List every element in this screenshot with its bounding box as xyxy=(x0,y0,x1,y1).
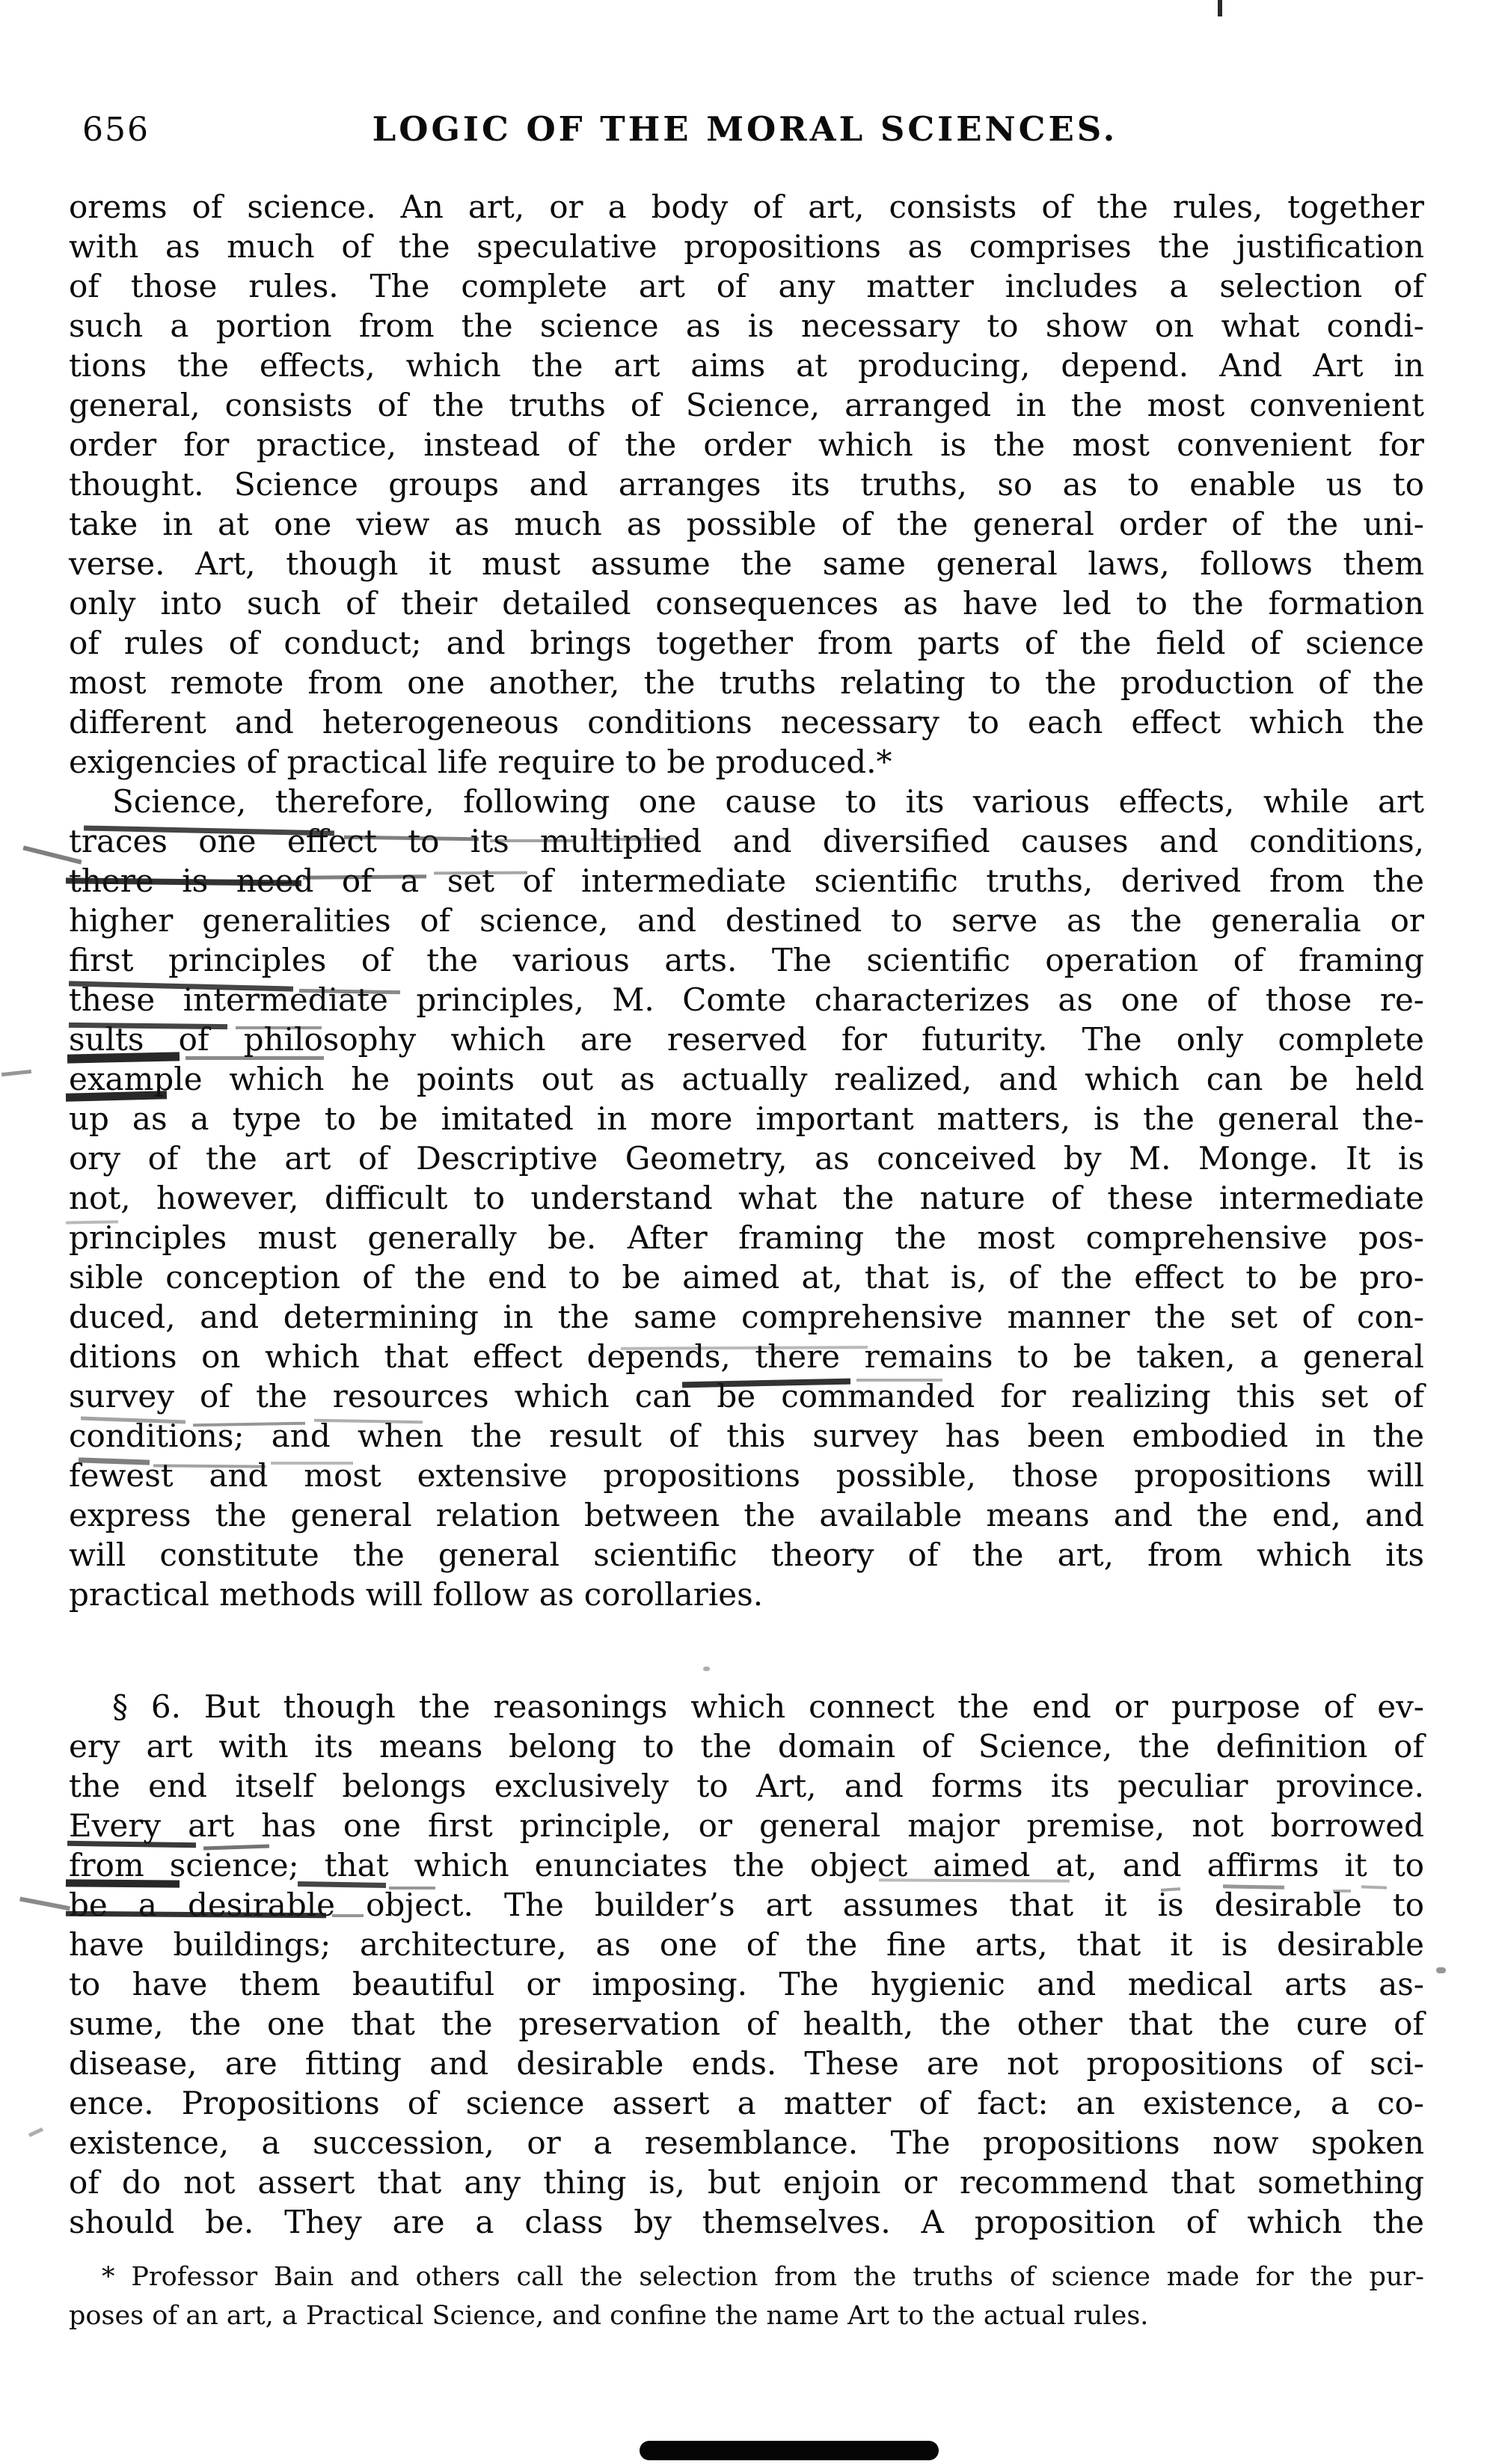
text-line: of those rules. The complete art of any … xyxy=(69,266,1424,306)
text-line: from science; that which enunciates the … xyxy=(69,1845,1424,1885)
margin-swoosh-be-a xyxy=(19,1897,70,1911)
text-line: ory of the art of Descriptive Geometry, … xyxy=(69,1138,1424,1178)
top-edge-tick xyxy=(1218,0,1222,16)
text-line: have buildings; architecture, as one of … xyxy=(69,1925,1424,1964)
text-line: ery art with its means belong to the dom… xyxy=(69,1726,1424,1766)
text-line: thought. Science groups and arranges its… xyxy=(69,465,1424,504)
text-line: example which he points out as actually … xyxy=(69,1059,1424,1099)
far-margin-dash xyxy=(1,1070,31,1076)
text-line: duced, and determining in the same compr… xyxy=(69,1297,1424,1337)
text-line: fewest and most extensive propositions p… xyxy=(69,1456,1424,1495)
text-line: of rules of conduct; and brings together… xyxy=(69,623,1424,663)
text-line: take in at one view as much as possible … xyxy=(69,504,1424,544)
text-line: only into such of their detailed consequ… xyxy=(69,583,1424,623)
text-line: express the general relation between the… xyxy=(69,1495,1424,1535)
text-line: there is need of a set of intermediate s… xyxy=(69,861,1424,901)
text-line: verse. Art, though it must assume the sa… xyxy=(69,544,1424,583)
text-line: up as a type to be imitated in more impo… xyxy=(69,1099,1424,1138)
text-line: these intermediate principles, M. Comte … xyxy=(69,980,1424,1020)
text-line: ence. Propositions of science assert a m… xyxy=(69,2083,1424,2123)
body-text-block: orems of science. An art, or a body of a… xyxy=(69,187,1424,2242)
text-line: § 6. But though the reasonings which con… xyxy=(69,1687,1424,1726)
text-line: most remote from one another, the truths… xyxy=(69,663,1424,702)
text-line: Science, therefore, following one cause … xyxy=(69,782,1424,821)
text-line: sible conception of the end to be aimed … xyxy=(69,1257,1424,1297)
text-line: sume, the one that the preservation of h… xyxy=(69,2004,1424,2044)
text-line: be a desirable object. The builder’s art… xyxy=(69,1885,1424,1925)
text-line: Every art has one first principle, or ge… xyxy=(69,1806,1424,1845)
text-line: tions the effects, which the art aims at… xyxy=(69,346,1424,385)
text-line: conditions; and when the result of this … xyxy=(69,1416,1424,1456)
text-line: the end itself belongs exclusively to Ar… xyxy=(69,1766,1424,1806)
text-line: to have them beautiful or imposing. The … xyxy=(69,1964,1424,2004)
text-line: orems of science. An art, or a body of a… xyxy=(69,187,1424,227)
text-line: ditions on which that effect depends, th… xyxy=(69,1337,1424,1376)
text-line: not, however, difficult to understand wh… xyxy=(69,1178,1424,1218)
bottom-scan-bar xyxy=(640,2441,939,2460)
text-line: survey of the resources which can be com… xyxy=(69,1376,1424,1416)
text-line: principles must generally be. After fram… xyxy=(69,1218,1424,1257)
text-line: should be. They are a class by themselve… xyxy=(69,2202,1424,2242)
text-line: practical methods will follow as corolla… xyxy=(69,1575,1424,1614)
text-line: of do not assert that any thing is, but … xyxy=(69,2163,1424,2202)
text-line: such a portion from the science as is ne… xyxy=(69,306,1424,346)
text-line: higher generalities of science, and dest… xyxy=(69,901,1424,940)
text-line: first principles of the various arts. Th… xyxy=(69,940,1424,980)
text-line: existence, a succession, or a resemblanc… xyxy=(69,2123,1424,2163)
left-margin-tick xyxy=(28,2127,43,2137)
text-line: different and heterogeneous conditions n… xyxy=(69,702,1424,742)
text-line: * Professor Bain and others call the sel… xyxy=(69,2258,1424,2296)
text-line: will constitute the general scientific t… xyxy=(69,1535,1424,1575)
right-margin-dot xyxy=(1436,1967,1446,1973)
text-line: sults of philosophy which are reserved f… xyxy=(69,1020,1424,1059)
scanned-book-page: { "page": { "number": "656", "running_he… xyxy=(0,0,1490,2464)
text-line: traces one effect to its multiplied and … xyxy=(69,821,1424,861)
text-line: exigencies of practical life require to … xyxy=(69,742,1424,782)
text-line: order for practice, instead of the order… xyxy=(69,425,1424,465)
text-line: disease, are fitting and desirable ends.… xyxy=(69,2044,1424,2083)
text-line: poses of an art, a Practical Science, an… xyxy=(69,2296,1424,2335)
text-line: general, consists of the truths of Scien… xyxy=(69,385,1424,425)
text-line: with as much of the speculative proposit… xyxy=(69,227,1424,266)
footnote-block: * Professor Bain and others call the sel… xyxy=(69,2258,1424,2335)
running-head: LOGIC OF THE MORAL SCIENCES. xyxy=(0,109,1490,149)
